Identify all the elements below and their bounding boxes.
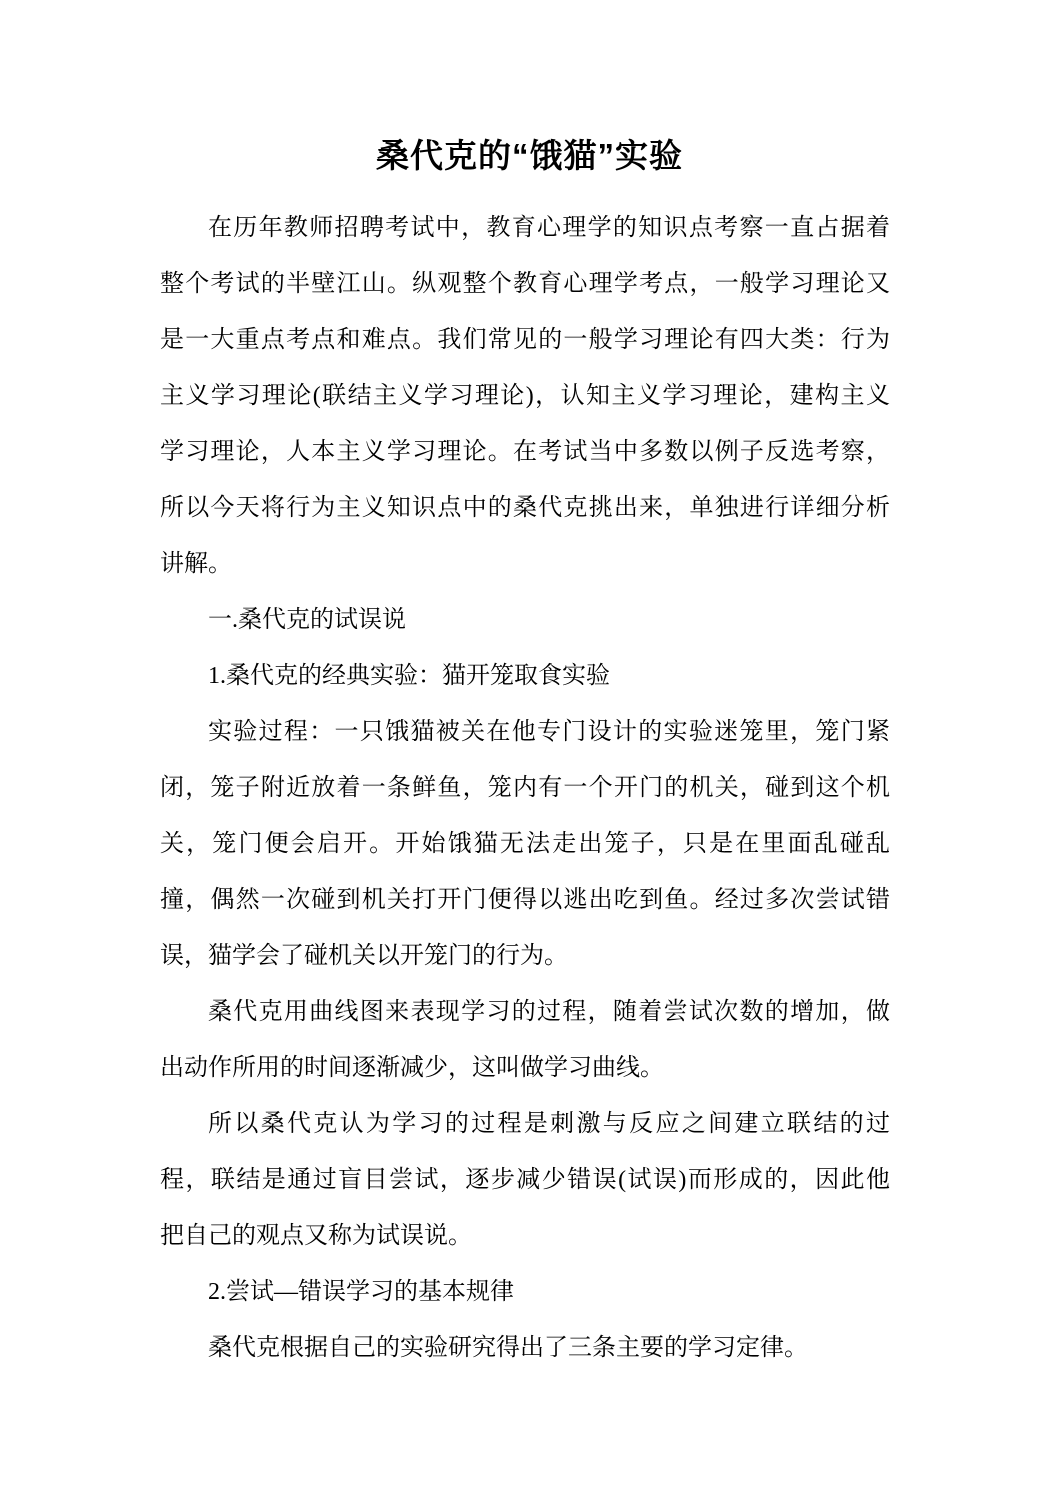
document-body: 在历年教师招聘考试中，教育心理学的知识点考察一直占据着整个考试的半壁江山。纵观整…: [160, 200, 890, 1376]
text-line: 整个考试的半壁江山。纵观整个教育心理学考点，一般学习理论又: [160, 256, 890, 312]
text-line: 2.尝试—错误学习的基本规律: [160, 1264, 890, 1320]
paragraph: 实验过程：一只饿猫被关在他专门设计的实验迷笼里，笼门紧闭，笼子附近放着一条鲜鱼，…: [160, 704, 890, 984]
text-line: 实验过程：一只饿猫被关在他专门设计的实验迷笼里，笼门紧: [160, 704, 890, 760]
text-line: 所以今天将行为主义知识点中的桑代克挑出来，单独进行详细分析: [160, 480, 890, 536]
paragraph: 在历年教师招聘考试中，教育心理学的知识点考察一直占据着整个考试的半壁江山。纵观整…: [160, 200, 890, 592]
text-line: 误，猫学会了碰机关以开笼门的行为。: [160, 928, 890, 984]
text-line: 主义学习理论(联结主义学习理论)，认知主义学习理论，建构主义: [160, 368, 890, 424]
text-line: 一.桑代克的试误说: [160, 592, 890, 648]
paragraph: 桑代克用曲线图来表现学习的过程，随着尝试次数的增加，做出动作所用的时间逐渐减少，…: [160, 984, 890, 1096]
document-page: 桑代克的“饿猫”实验 在历年教师招聘考试中，教育心理学的知识点考察一直占据着整个…: [0, 0, 1059, 1497]
page-title: 桑代克的“饿猫”实验: [0, 0, 1059, 179]
text-line: 桑代克用曲线图来表现学习的过程，随着尝试次数的增加，做: [160, 984, 890, 1040]
text-line: 把自己的观点又称为试误说。: [160, 1208, 890, 1264]
text-line: 桑代克根据自己的实验研究得出了三条主要的学习定律。: [160, 1320, 890, 1376]
text-line: 关，笼门便会启开。开始饿猫无法走出笼子，只是在里面乱碰乱: [160, 816, 890, 872]
paragraph: 1.桑代克的经典实验：猫开笼取食实验: [160, 648, 890, 704]
text-line: 程，联结是通过盲目尝试，逐步减少错误(试误)而形成的，因此他: [160, 1152, 890, 1208]
text-line: 出动作所用的时间逐渐减少，这叫做学习曲线。: [160, 1040, 890, 1096]
text-line: 1.桑代克的经典实验：猫开笼取食实验: [160, 648, 890, 704]
paragraph: 2.尝试—错误学习的基本规律: [160, 1264, 890, 1320]
text-line: 讲解。: [160, 536, 890, 592]
paragraph: 所以桑代克认为学习的过程是刺激与反应之间建立联结的过程，联结是通过盲目尝试，逐步…: [160, 1096, 890, 1264]
text-line: 所以桑代克认为学习的过程是刺激与反应之间建立联结的过: [160, 1096, 890, 1152]
text-line: 学习理论，人本主义学习理论。在考试当中多数以例子反选考察，: [160, 424, 890, 480]
text-line: 在历年教师招聘考试中，教育心理学的知识点考察一直占据着: [160, 200, 890, 256]
paragraph: 桑代克根据自己的实验研究得出了三条主要的学习定律。: [160, 1320, 890, 1376]
text-line: 闭，笼子附近放着一条鲜鱼，笼内有一个开门的机关，碰到这个机: [160, 760, 890, 816]
paragraph: 一.桑代克的试误说: [160, 592, 890, 648]
text-line: 撞，偶然一次碰到机关打开门便得以逃出吃到鱼。经过多次尝试错: [160, 872, 890, 928]
text-line: 是一大重点考点和难点。我们常见的一般学习理论有四大类：行为: [160, 312, 890, 368]
